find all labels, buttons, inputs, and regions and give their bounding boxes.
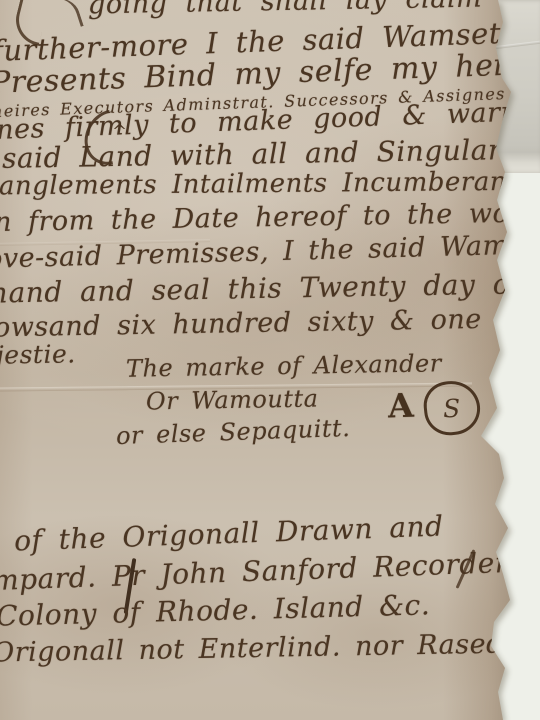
seal-letter: S xyxy=(443,393,461,423)
manuscript-photo: going that shall lay claim further-more … xyxy=(0,0,540,720)
seal-mark-circle: S xyxy=(421,378,482,438)
handwritten-line: owsand six hundred sixty & one . xyxy=(0,304,507,344)
mark-attestation-line: or else Sepaquitt. xyxy=(116,414,351,450)
recorder-note-line: Colony of Rhode. Island &c. xyxy=(0,588,431,632)
handwritten-line: hand and seal this Twenty day of xyxy=(0,267,521,309)
handwritten-line: going that shall lay claim xyxy=(88,0,483,20)
handwritten-line: jestie. xyxy=(0,339,76,369)
recorder-note-line: Origonall not Enterlind. nor Rased. xyxy=(0,628,513,668)
manuscript-page-wrapper: going that shall lay claim further-more … xyxy=(0,0,540,720)
mark-attestation-line: Or Wamoutta xyxy=(146,384,319,415)
handwritten-line: tanglements Intailments Incumberances xyxy=(0,167,540,202)
signature-mark-initial: A xyxy=(387,386,414,426)
ink-flourish-descender xyxy=(53,0,83,32)
manuscript-page: going that shall lay claim further-more … xyxy=(0,0,540,720)
mark-attestation-line: The marke of Alexander xyxy=(126,349,442,383)
